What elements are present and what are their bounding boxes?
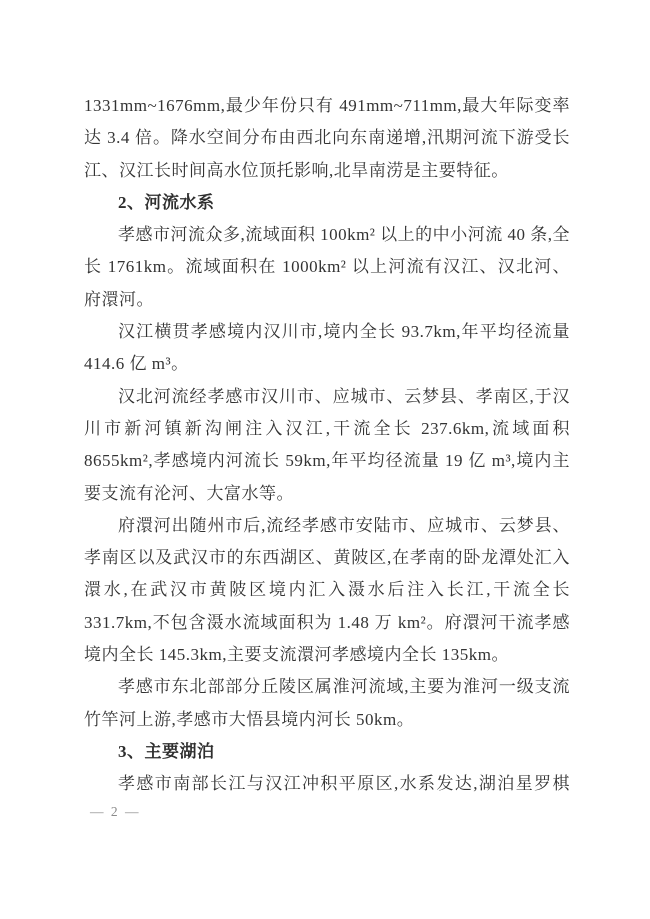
paragraph-huaihe-basin: 孝感市东北部部分丘陵区属淮河流域,主要为淮河一级支流竹竿河上游,孝感市大悟县境内… [84,671,570,736]
paragraph-hanbei-river: 汉北河流经孝感市汉川市、应城市、云梦县、孝南区,于汉川市新河镇新沟闸注入汉江,干… [84,381,570,510]
document-body: 1331mm~1676mm,最少年份只有 491mm~711mm,最大年际变率达… [84,90,570,801]
paragraph-rivers-overview: 孝感市河流众多,流域面积 100km² 以上的中小河流 40 条,全长 1761… [84,219,570,316]
paragraph-lakes-intro: 孝感市南部长江与汉江冲积平原区,水系发达,湖泊星罗棋 [84,768,570,800]
section-heading-major-lakes: 3、主要湖泊 [84,736,570,768]
page-number: — 2 — [90,805,141,819]
paragraph-precipitation-continued: 1331mm~1676mm,最少年份只有 491mm~711mm,最大年际变率达… [84,90,570,187]
document-page: 1331mm~1676mm,最少年份只有 491mm~711mm,最大年际变率达… [0,0,650,919]
section-heading-river-systems: 2、河流水系 [84,187,570,219]
paragraph-hanjiang-river: 汉江横贯孝感境内汉川市,境内全长 93.7km,年平均径流量 414.6 亿 m… [84,316,570,381]
paragraph-fuhuan-river: 府澴河出随州市后,流经孝感市安陆市、应城市、云梦县、孝南区以及武汉市的东西湖区、… [84,510,570,671]
